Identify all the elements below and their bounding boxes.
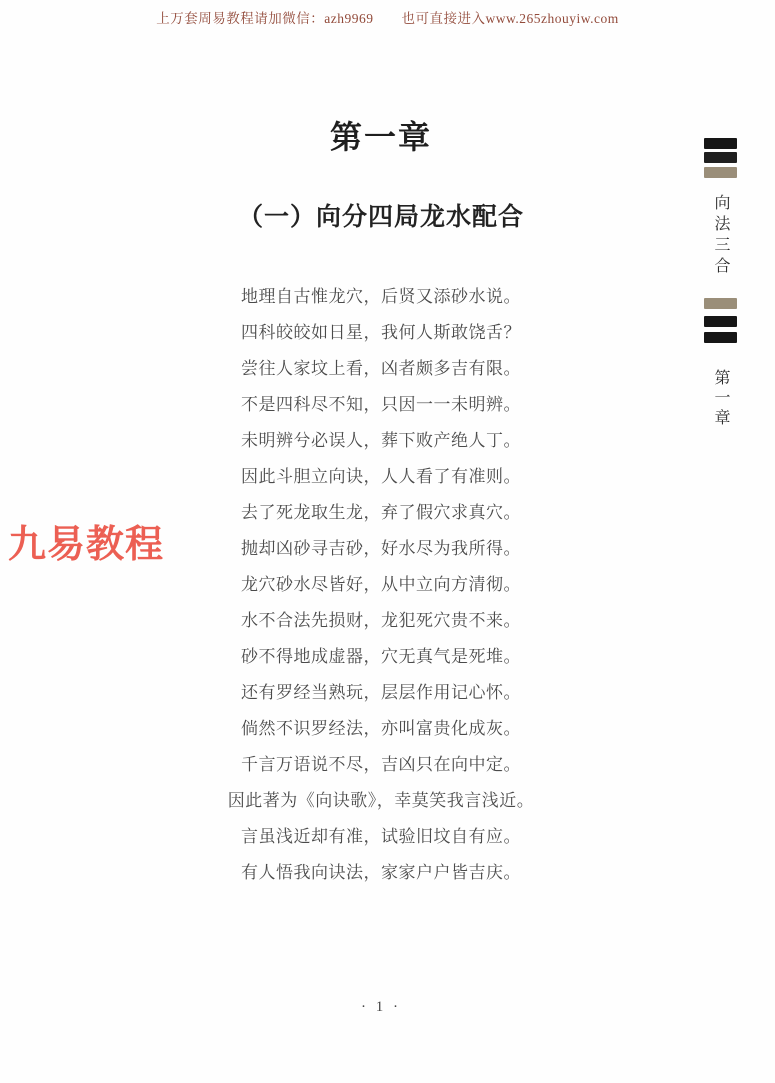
trigram-bar (704, 138, 737, 149)
poem-line: 未明辨兮必误人，葬下败产绝人丁。 (0, 423, 762, 459)
poem-line: 龙穴砂水尽皆好，从中立向方清彻。 (0, 567, 762, 603)
trigram-bar (704, 152, 737, 163)
watermark-text: 九易教程 (8, 513, 164, 568)
margin-book-title: 向法三合 (704, 194, 737, 278)
trigram-bar (704, 332, 737, 343)
margin-chapter-label-text: 第一章 (709, 369, 732, 429)
margin-book-title-text: 向法三合 (709, 194, 732, 278)
trigram-bar (704, 167, 737, 178)
poem-line: 因此斗胆立向诀，人人看了有准则。 (0, 459, 762, 495)
poem-line: 四科皎皎如日星，我何人斯敢饶舌？ (0, 315, 762, 351)
section-title: （一）向分四局龙水配合 (0, 197, 762, 233)
page-number: · 1 · (0, 999, 762, 1016)
trigram-bar (704, 316, 737, 327)
header-promo-text: 上万套周易教程请加微信：azh9969 也可直接进入www.265zhouyiw… (0, 7, 775, 27)
poem-line: 不是四科尽不知，只因一一未明辨。 (0, 387, 762, 423)
margin-chapter-label: 第一章 (704, 369, 737, 429)
poem-line: 因此著为《向诀歌》，幸莫笑我言浅近。 (0, 783, 762, 819)
poem-line: 地理自古惟龙穴，后贤又添砂水说。 (0, 279, 762, 315)
chapter-title: 第一章 (0, 112, 762, 158)
poem-line: 还有罗经当熟玩，层层作用记心怀。 (0, 675, 762, 711)
poem-line: 倘然不识罗经法，亦叫富贵化成灰。 (0, 711, 762, 747)
poem-line: 千言万语说不尽，吉凶只在向中定。 (0, 747, 762, 783)
poem-line: 水不合法先损财，龙犯死穴贵不来。 (0, 603, 762, 639)
poem-line: 言虽浅近却有准，试验旧坟自有应。 (0, 819, 762, 855)
scanned-book-page: 上万套周易教程请加微信：azh9969 也可直接进入www.265zhouyiw… (0, 0, 775, 1083)
poem-line: 砂不得地成虚器，穴无真气是死堆。 (0, 639, 762, 675)
poem-line: 尝往人家坟上看，凶者颇多吉有限。 (0, 351, 762, 387)
poem-line: 有人悟我向诀法，家家户户皆吉庆。 (0, 855, 762, 891)
poem-block: 地理自古惟龙穴，后贤又添砂水说。 四科皎皎如日星，我何人斯敢饶舌？ 尝往人家坟上… (0, 279, 762, 891)
trigram-bar (704, 298, 737, 309)
